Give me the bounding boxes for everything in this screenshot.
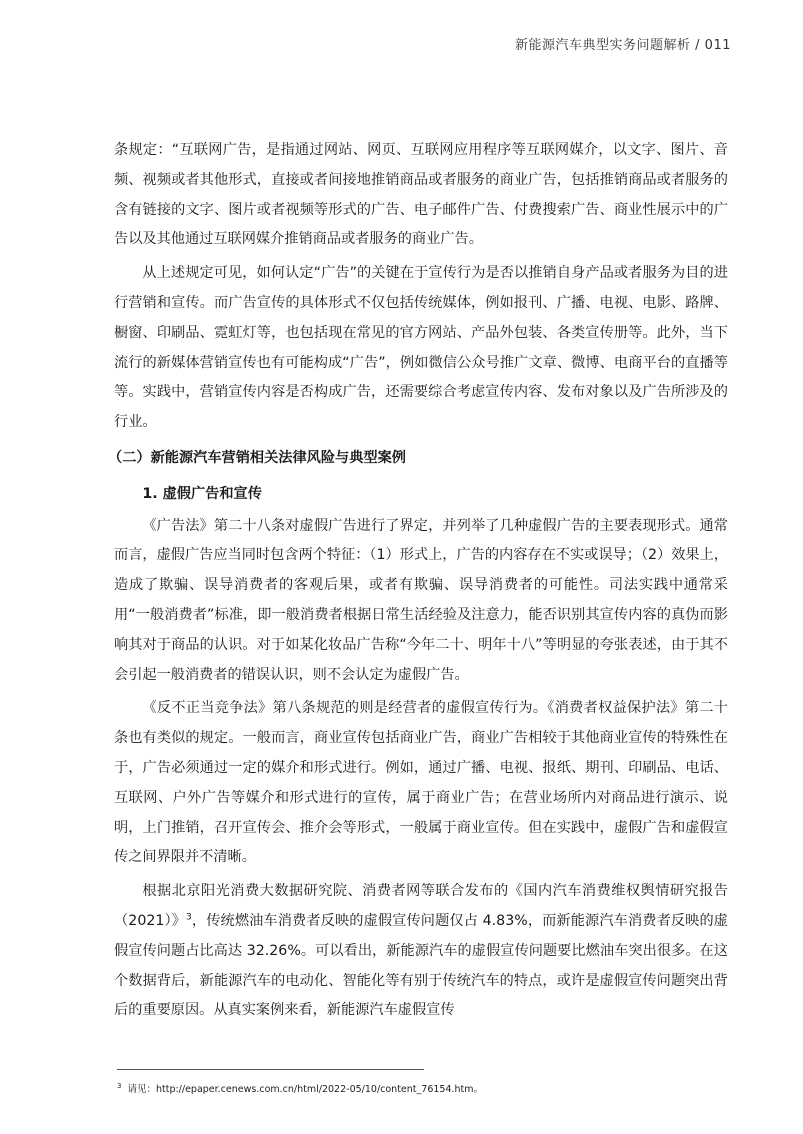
footnote-text: 请见：http://epaper.cenews.com.cn/html/2022… [127,1084,483,1095]
footnote-divider [117,1069,424,1070]
paragraph-false-promotion: 《反不正当竞争法》第八条规范的则是经营者的虚假宣传行为。《消费者权益保护法》第二… [114,694,728,873]
section-heading: （二）新能源汽车营销相关法律风险与典型案例 [108,444,728,474]
paragraph-false-ad-definition: 《广告法》第二十八条对虚假广告进行了界定，并列举了几种虚假广告的主要表现形式。通… [114,512,728,691]
paragraph-ad-identification: 从上述规定可见，如何认定“广告”的关键在于宣传行为是否以推销自身产品或者服务为目… [114,259,728,438]
paragraph-internet-ad-definition: 条规定：“互联网广告，是指通过网站、网页、互联网应用程序等互联网媒介，以文字、图… [114,136,728,255]
running-header: 新能源汽车典型实务问题解析 / 011 [515,34,731,53]
footnote-number: 3 [117,1082,121,1090]
subsection-heading: 1. 虚假广告和宣传 [114,480,728,510]
report-text-after-ref: ，传统燃油车消费者反映的虚假宣传问题仅占 4.83%，而新能源汽车消费者反映的虚… [114,913,728,1018]
footnote: 3请见：http://epaper.cenews.com.cn/html/202… [117,1081,483,1095]
paragraph-report-statistics: 根据北京阳光消费大数据研究院、消费者网等联合发布的《国内汽车消费维权舆情研究报告… [114,877,728,1026]
body-text: 条规定：“互联网广告，是指通过网站、网页、互联网应用程序等互联网媒介，以文字、图… [114,136,728,1026]
